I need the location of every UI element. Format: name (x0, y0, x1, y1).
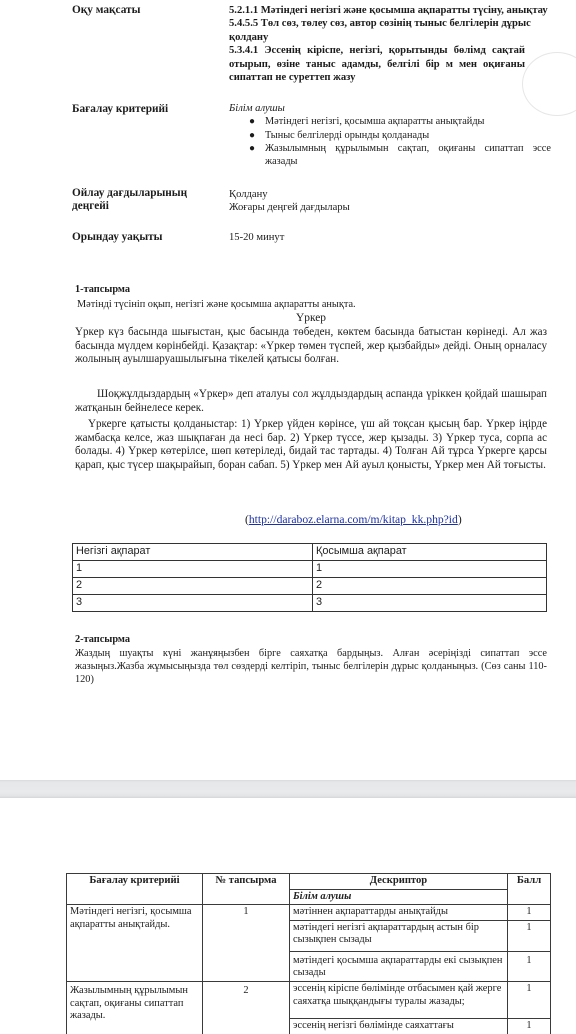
page-separator (0, 780, 576, 798)
criteria-item: ●Мәтіндегі негізгі, қосымша ақпаратты ан… (229, 115, 551, 128)
table-cell[interactable]: 3 (313, 595, 547, 612)
criterion-cell: Мәтіндегі негізгі, қосымша ақпаратты аны… (67, 905, 203, 982)
thinking-skill-2: Жоғары деңгей дағдылары (229, 201, 350, 214)
reading-paragraph-3: Үркерге қатысты қолданыстар: 1) Үркер үй… (75, 418, 547, 473)
text-title: Үркер (75, 312, 547, 324)
learning-objective-label: Оқу мақсаты (72, 4, 140, 17)
rubric-table: Бағалау критерийі № тапсырма Дескриптор … (66, 873, 551, 1034)
table-cell[interactable]: 3 (73, 595, 313, 612)
info-table: Негізгі ақпарат Қосымша ақпарат 1 1 2 2 … (72, 543, 547, 612)
descriptor-cell: мәтіндегі қосымша ақпараттарды екі сызық… (290, 951, 508, 981)
task1-instruction: Мәтінді түсініп оқып, негізгі және қосым… (77, 298, 356, 311)
bullet-icon: ● (249, 115, 255, 128)
assessment-criteria-label: Бағалау критерийі (72, 103, 168, 116)
header-criterion: Бағалау критерийі (67, 874, 203, 905)
table-row: 1 1 (73, 561, 547, 578)
document-page-2: Бағалау критерийі № тапсырма Дескриптор … (0, 798, 576, 1034)
learning-objective-values: 5.2.1.1 Мәтіндегі негізгі және қосымша а… (229, 4, 551, 84)
criterion-cell: Жазылымның құрылымын сақтап, оқиғаны сип… (67, 981, 203, 1034)
duration-value: 15-20 минут (229, 231, 284, 244)
header-descriptor: Дескриптор (290, 874, 508, 890)
duration-label: Орындау уақыты (72, 231, 163, 244)
task-number-cell: 2 (203, 981, 290, 1034)
subheader-learner: Білім алушы (290, 889, 508, 905)
criteria-intro: Білім алушы (229, 102, 551, 115)
header-extra-info: Қосымша ақпарат (313, 544, 547, 561)
task1-title: 1-тапсырма (75, 284, 130, 295)
criteria-list: ●Мәтіндегі негізгі, қосымша ақпаратты ан… (229, 115, 551, 168)
descriptor-cell: мәтіндегі негізгі ақпараттардың астын бі… (290, 920, 508, 951)
document-page-1: … Оқу мақсаты 5.2.1.1 Мәтіндегі негізгі … (0, 0, 576, 780)
table-cell[interactable]: 1 (313, 561, 547, 578)
score-cell: 1 (508, 920, 551, 951)
task2-text: Жаздың шуақты күні жанұяңызбен бірге сая… (75, 647, 547, 686)
header-main-info: Негізгі ақпарат (73, 544, 313, 561)
table-cell[interactable]: 2 (73, 578, 313, 595)
descriptor-cell: эссенің негізгі бөлімінде саяхаттағы (290, 1018, 508, 1034)
source-link[interactable]: http://daraboz.elarna.com/m/kitap_kk.php… (249, 513, 458, 526)
table-row: Мәтіндегі негізгі, қосымша ақпаратты аны… (67, 905, 551, 921)
source-citation: (http://daraboz.elarna.com/m/kitap_kk.ph… (245, 513, 462, 526)
thinking-skill-1: Қолдану (229, 188, 350, 201)
reading-paragraph-2: Шоқжұлдыздардың «Үркер» деп аталуы сол ж… (75, 388, 547, 415)
score-cell: 1 (508, 981, 551, 1018)
objective-3: 5.3.4.1 Эссенің кіріспе, негізгі, қорыты… (229, 44, 525, 84)
score-cell: 1 (508, 905, 551, 921)
descriptor-cell: мәтіннен ақпараттарды анықтайды (290, 905, 508, 921)
table-row: Жазылымның құрылымын сақтап, оқиғаны сип… (67, 981, 551, 1018)
criteria-item: ●Жазылымның құрылымын сақтап, оқиғаны си… (229, 142, 551, 168)
objective-2: 5.4.5.5 Төл сөз, төлеу сөз, автор сөзіні… (229, 17, 551, 44)
descriptor-cell: эссенің кіріспе бөлімінде отбасымен қай … (290, 981, 508, 1018)
header-score: Балл (508, 874, 551, 905)
objective-1: 5.2.1.1 Мәтіндегі негізгі және қосымша а… (229, 4, 551, 17)
header-task-number: № тапсырма (203, 874, 290, 905)
table-cell[interactable]: 2 (313, 578, 547, 595)
task-number-cell: 1 (203, 905, 290, 982)
reading-paragraph-1: Үркер күз басында шығыстан, қыс басында … (75, 326, 547, 367)
criteria-item: ●Тыныс белгілерді орынды қолданады (229, 129, 551, 142)
cut-off-text-line: … (70, 0, 540, 2)
table-cell[interactable]: 1 (73, 561, 313, 578)
assessment-criteria-values: Білім алушы ●Мәтіндегі негізгі, қосымша … (229, 102, 551, 168)
bullet-icon: ● (249, 129, 255, 142)
score-cell: 1 (508, 1018, 551, 1034)
table-row: 2 2 (73, 578, 547, 595)
bullet-icon: ● (249, 142, 255, 155)
rubric-header-row: Бағалау критерийі № тапсырма Дескриптор … (67, 874, 551, 890)
thinking-skills-values: Қолдану Жоғары деңгей дағдылары (229, 188, 350, 215)
task2-title: 2-тапсырма (75, 634, 130, 645)
table-header-row: Негізгі ақпарат Қосымша ақпарат (73, 544, 547, 561)
thinking-skills-label: Ойлау дағдыларының деңгейі (72, 187, 212, 213)
table-row: 3 3 (73, 595, 547, 612)
score-cell: 1 (508, 951, 551, 981)
